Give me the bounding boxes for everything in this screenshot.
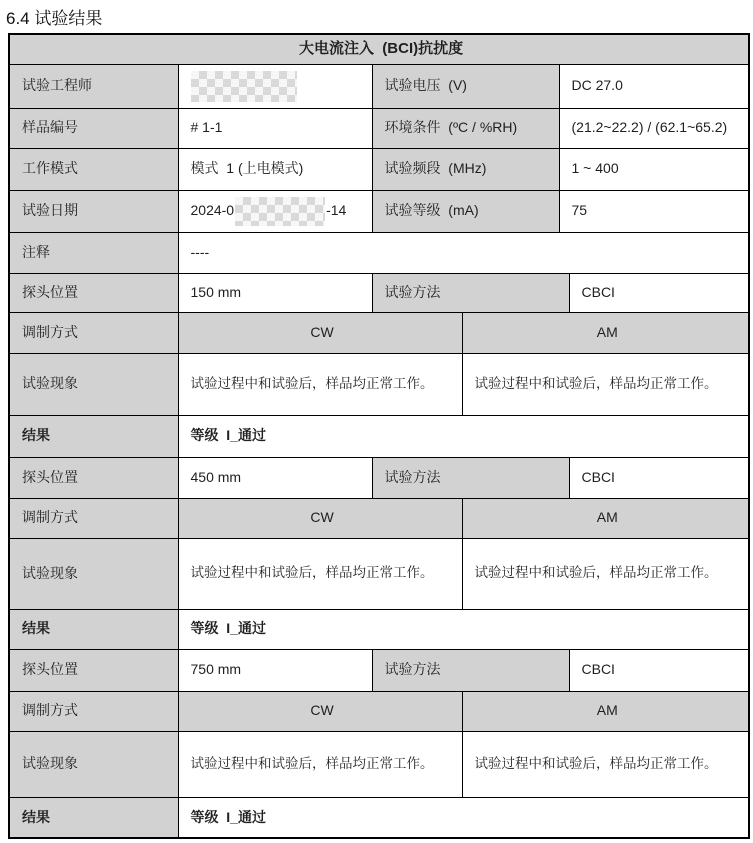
document-page: 6.4 试验结果 大电流注入 (BCI)抗扰度 试验工程师 试验电压 (V) D… [0,0,753,843]
result-value: 等级 I_通过 [178,609,749,649]
row-phenomenon: 试验现象 试验过程中和试验后，样品均正常工作。 试验过程中和试验后，样品均正常工… [9,538,749,609]
level-label: 试验等级 (mA) [372,190,559,232]
row-date: 试验日期 2024-0-14 试验等级 (mA) 75 [9,190,749,232]
sample-label: 样品编号 [9,108,178,148]
phenomenon-label: 试验现象 [9,538,178,609]
date-value: 2024-0-14 [178,190,372,232]
level-value: 75 [559,190,749,232]
section-title: 6.4 试验结果 [6,4,102,29]
table-title: 大电流注入 (BCI)抗扰度 [9,34,749,64]
probe-position-value: 450 mm [178,457,372,498]
table-header-row: 大电流注入 (BCI)抗扰度 [9,34,749,64]
modulation-label: 调制方式 [9,691,178,731]
modulation-am: AM [462,498,749,538]
mode-label: 工作模式 [9,148,178,190]
modulation-am: AM [462,312,749,353]
test-method-label: 试验方法 [372,273,569,312]
probe-position-value: 750 mm [178,649,372,691]
phenomenon-cw-value: 试验过程中和试验后，样品均正常工作。 [178,353,462,415]
probe-position-label: 探头位置 [9,649,178,691]
test-method-label: 试验方法 [372,457,569,498]
date-label: 试验日期 [9,190,178,232]
sample-value: # 1-1 [178,108,372,148]
mode-value: 模式 1 (上电模式) [178,148,372,190]
row-result: 结果 等级 I_通过 [9,797,749,838]
row-note: 注释 ---- [9,232,749,273]
row-sample: 样品编号 # 1-1 环境条件 (ºC / %RH) (21.2~22.2) /… [9,108,749,148]
result-label: 结果 [9,609,178,649]
result-value: 等级 I_通过 [178,415,749,457]
row-modulation: 调制方式 CW AM [9,691,749,731]
engineer-label: 试验工程师 [9,64,178,108]
modulation-cw: CW [178,312,462,353]
modulation-am: AM [462,691,749,731]
row-probe-position: 探头位置 450 mm 试验方法 CBCI [9,457,749,498]
result-value: 等级 I_通过 [178,797,749,838]
phenomenon-am-value: 试验过程中和试验后，样品均正常工作。 [462,538,749,609]
phenomenon-cw-value: 试验过程中和试验后，样品均正常工作。 [178,538,462,609]
phenomenon-label: 试验现象 [9,353,178,415]
row-phenomenon: 试验现象 试验过程中和试验后，样品均正常工作。 试验过程中和试验后，样品均正常工… [9,353,749,415]
frequency-label: 试验频段 (MHz) [372,148,559,190]
phenomenon-am-value: 试验过程中和试验后，样品均正常工作。 [462,731,749,797]
test-method-label: 试验方法 [372,649,569,691]
row-phenomenon: 试验现象 试验过程中和试验后，样品均正常工作。 试验过程中和试验后，样品均正常工… [9,731,749,797]
test-method-value: CBCI [569,273,749,312]
phenomenon-label: 试验现象 [9,731,178,797]
modulation-label: 调制方式 [9,498,178,538]
bci-result-table: 大电流注入 (BCI)抗扰度 试验工程师 试验电压 (V) DC 27.0 样品… [8,33,750,839]
result-label: 结果 [9,797,178,838]
row-result: 结果 等级 I_通过 [9,415,749,457]
probe-position-label: 探头位置 [9,457,178,498]
modulation-cw: CW [178,691,462,731]
result-label: 结果 [9,415,178,457]
row-engineer: 试验工程师 试验电压 (V) DC 27.0 [9,64,749,108]
environment-value: (21.2~22.2) / (62.1~65.2) [559,108,749,148]
row-probe-position: 探头位置 750 mm 试验方法 CBCI [9,649,749,691]
phenomenon-am-value: 试验过程中和试验后，样品均正常工作。 [462,353,749,415]
row-probe-position: 探头位置 150 mm 试验方法 CBCI [9,273,749,312]
probe-position-value: 150 mm [178,273,372,312]
test-method-value: CBCI [569,649,749,691]
row-modulation: 调制方式 CW AM [9,312,749,353]
row-mode: 工作模式 模式 1 (上电模式) 试验频段 (MHz) 1 ~ 400 [9,148,749,190]
voltage-label: 试验电压 (V) [372,64,559,108]
engineer-value [178,64,372,108]
row-modulation: 调制方式 CW AM [9,498,749,538]
phenomenon-cw-value: 试验过程中和试验后，样品均正常工作。 [178,731,462,797]
date-value-suffix: -14 [326,202,346,220]
probe-position-label: 探头位置 [9,273,178,312]
environment-label: 环境条件 (ºC / %RH) [372,108,559,148]
voltage-value: DC 27.0 [559,64,749,108]
redaction-block [235,197,325,226]
modulation-cw: CW [178,498,462,538]
date-value-prefix: 2024-0 [191,202,235,220]
redaction-block [191,71,297,102]
note-label: 注释 [9,232,178,273]
row-result: 结果 等级 I_通过 [9,609,749,649]
note-value: ---- [178,232,749,273]
modulation-label: 调制方式 [9,312,178,353]
test-method-value: CBCI [569,457,749,498]
frequency-value: 1 ~ 400 [559,148,749,190]
